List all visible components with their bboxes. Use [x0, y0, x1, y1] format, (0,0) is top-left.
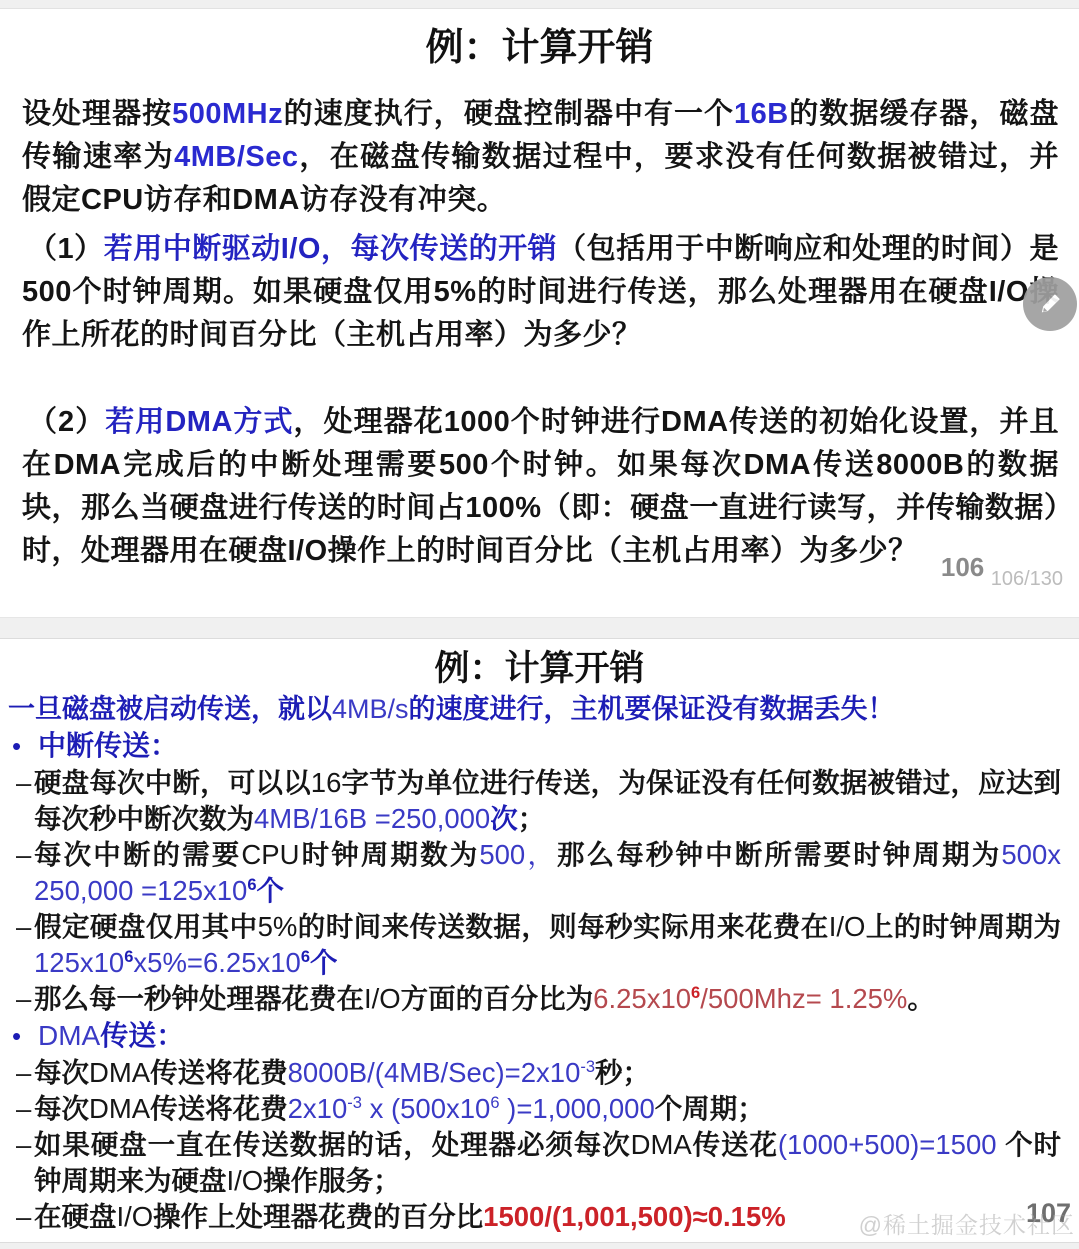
list-item: – 每次中断的需要CPU时钟周期数为500，那么每秒钟中断所需要时钟周期为500…	[0, 837, 1079, 909]
dash-bullet: –	[16, 765, 31, 801]
slide-title: 例：计算开销	[0, 639, 1079, 691]
section-heading: 中断传送：	[38, 730, 178, 761]
list-item: – 每次DMA传送将花费2x10-3 x (500x106 )=1,000,00…	[0, 1091, 1079, 1127]
list-item-text: 硬盘每次中断，可以以16字节为单位进行传送，为保证没有任何数据被错过，应达到每次…	[34, 767, 1061, 834]
list-item: – 硬盘每次中断，可以以16字节为单位进行传送，为保证没有任何数据被错过，应达到…	[0, 765, 1079, 837]
dash-bullet: –	[16, 1127, 31, 1163]
list-item-text: 如果硬盘一直在传送数据的话，处理器必须每次DMA传送花(1000+500)=15…	[34, 1129, 1061, 1196]
bullet-dot: •	[12, 1017, 21, 1055]
question-2: （2）若用DMA方式，处理器花1000个时钟进行DMA传送的初始化设置，并且在D…	[0, 401, 1079, 573]
key-note: 一旦磁盘被启动传送，就以4MB/s的速度进行，主机要保证没有数据丢失！	[0, 691, 1079, 727]
slide-107: 例：计算开销 一旦磁盘被启动传送，就以4MB/s的速度进行，主机要保证没有数据丢…	[0, 639, 1079, 1242]
list-item-text: 每次DMA传送将花费2x10-3 x (500x106 )=1,000,000个…	[34, 1093, 765, 1124]
bottom-divider	[0, 1242, 1079, 1249]
bullet-dot: •	[12, 727, 21, 765]
slide-divider	[0, 617, 1079, 639]
list-item: – 如果硬盘一直在传送数据的话，处理器必须每次DMA传送花(1000+500)=…	[0, 1127, 1079, 1199]
pencil-icon	[1036, 290, 1064, 318]
section-heading: DMA传送：	[38, 1020, 184, 1051]
list-item-text: 每次DMA传送将花费8000B/(4MB/Sec)=2x10-3秒；	[34, 1057, 650, 1088]
dash-bullet: –	[16, 1091, 31, 1127]
watermark: @稀土掘金技术社区	[859, 1207, 1075, 1240]
list-item-text: 每次中断的需要CPU时钟周期数为500，那么每秒钟中断所需要时钟周期为500x …	[34, 839, 1061, 906]
page-number: 106	[941, 552, 984, 582]
dash-bullet: –	[16, 837, 31, 873]
top-divider	[0, 0, 1079, 9]
slide-title: 例：计算开销	[0, 9, 1079, 71]
list-item-text: 那么每一秒钟处理器花费在I/O方面的百分比为6.25x106/500Mhz= 1…	[34, 983, 935, 1014]
page-progress: 106/130	[991, 568, 1063, 590]
section-interrupt-transfer: • 中断传送：	[0, 727, 1079, 765]
slide-106: 例：计算开销 设处理器按500MHz的速度执行，硬盘控制器中有一个16B的数据缓…	[0, 9, 1079, 617]
section-dma-transfer: • DMA传送：	[0, 1017, 1079, 1055]
dash-bullet: –	[16, 1199, 31, 1235]
dash-bullet: –	[16, 981, 31, 1017]
list-item: – 假定硬盘仅用其中5%的时间来传送数据，则每秒实际用来花费在I/O上的时钟周期…	[0, 909, 1079, 981]
list-item-text: 假定硬盘仅用其中5%的时间来传送数据，则每秒实际用来花费在I/O上的时钟周期为1…	[34, 911, 1061, 978]
page-footer: 106 106/130	[941, 552, 1061, 583]
dash-bullet: –	[16, 909, 31, 945]
list-item: – 每次DMA传送将花费8000B/(4MB/Sec)=2x10-3秒；	[0, 1055, 1079, 1091]
list-item-text: 在硬盘I/O操作上处理器花费的百分比1500/(1,001,500)≈0.15%	[34, 1201, 786, 1232]
dash-bullet: –	[16, 1055, 31, 1091]
problem-statement: 设处理器按500MHz的速度执行，硬盘控制器中有一个16B的数据缓存器，磁盘传输…	[0, 93, 1079, 222]
edit-button[interactable]	[1023, 277, 1077, 331]
question-1: （1）若用中断驱动I/O，每次传送的开销（包括用于中断响应和处理的时间）是500…	[0, 228, 1079, 357]
list-item: – 那么每一秒钟处理器花费在I/O方面的百分比为6.25x106/500Mhz=…	[0, 981, 1079, 1017]
